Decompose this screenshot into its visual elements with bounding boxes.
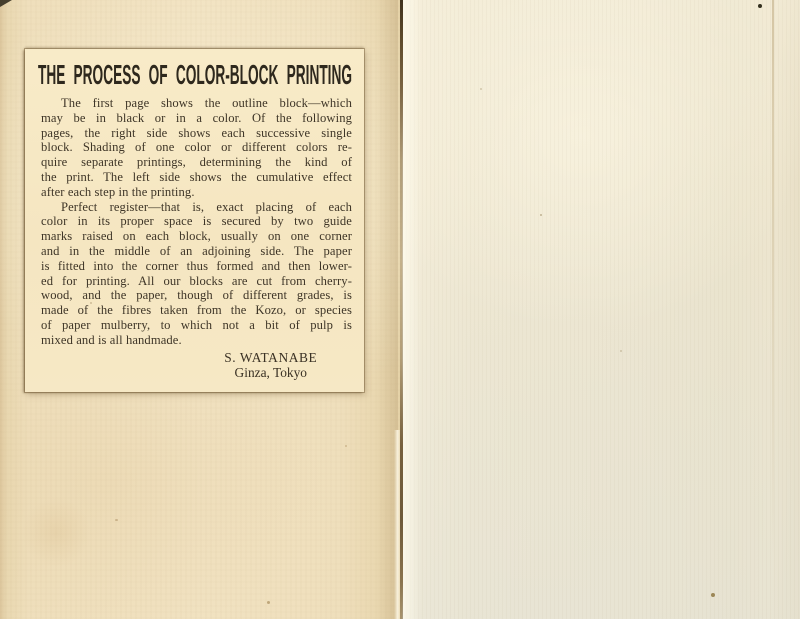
text-line: Perfect register—that is, exact placing …: [41, 200, 352, 215]
book-spread-scan: THE PROCESS OF COLOR-BLOCK PRINTING The …: [0, 0, 800, 619]
right-page-fold-crease: [772, 0, 774, 560]
right-page: [402, 0, 800, 619]
text-line: wood, and the paper, though of different…: [41, 288, 352, 303]
text-line: of paper mulberry, to which not a bit of…: [41, 318, 352, 333]
text-line: pages, the right side shows each success…: [41, 126, 352, 141]
paper-speck: [620, 350, 622, 352]
label-body: The first page shows the outline block—w…: [41, 96, 352, 348]
right-page-texture: [402, 0, 800, 619]
text-line: the print. The left side shows the cumul…: [41, 170, 352, 185]
signature-name: S. WATANABE: [195, 350, 348, 365]
text-line: may be in black or in a color. Of the fo…: [41, 111, 352, 126]
text-line: ed for printing. All our blocks are cut …: [41, 274, 352, 289]
paper-speck: [540, 214, 542, 216]
label-title: THE PROCESS OF COLOR-BLOCK PRINTING: [37, 62, 353, 89]
paper-speck: [711, 593, 715, 597]
signature-place: Ginza, Tokyo: [195, 365, 348, 380]
paper-speck: [115, 519, 118, 521]
text-line: made of the fibres taken from the Kozo, …: [41, 303, 352, 318]
text-line: marks raised on each block, usually on o…: [41, 229, 352, 244]
text-line: mixed and is all handmade.: [41, 333, 352, 348]
label-title-text: THE PROCESS OF COLOR-BLOCK PRINTING: [38, 62, 352, 89]
gutter-crease: [400, 0, 403, 619]
pasted-printed-label: THE PROCESS OF COLOR-BLOCK PRINTING The …: [25, 49, 364, 392]
paper-speck: [758, 4, 762, 8]
text-line: block. Shading of one color or different…: [41, 140, 352, 155]
signature-block: S. WATANABE Ginza, Tokyo: [195, 350, 348, 380]
text-line: after each step in the printing.: [41, 185, 352, 200]
paper-speck: [90, 302, 92, 304]
paper-speck: [345, 445, 347, 447]
text-line: quire separate printings, determining th…: [41, 155, 352, 170]
paper-speck: [480, 88, 482, 90]
text-line: and in the middle of an adjoining side. …: [41, 244, 352, 259]
text-line: is fitted into the corner thus formed an…: [41, 259, 352, 274]
text-line: The first page shows the outline block—w…: [41, 96, 352, 111]
text-line: color in its proper space is secured by …: [41, 214, 352, 229]
paper-speck: [267, 601, 270, 604]
gutter-highlight: [403, 0, 421, 619]
